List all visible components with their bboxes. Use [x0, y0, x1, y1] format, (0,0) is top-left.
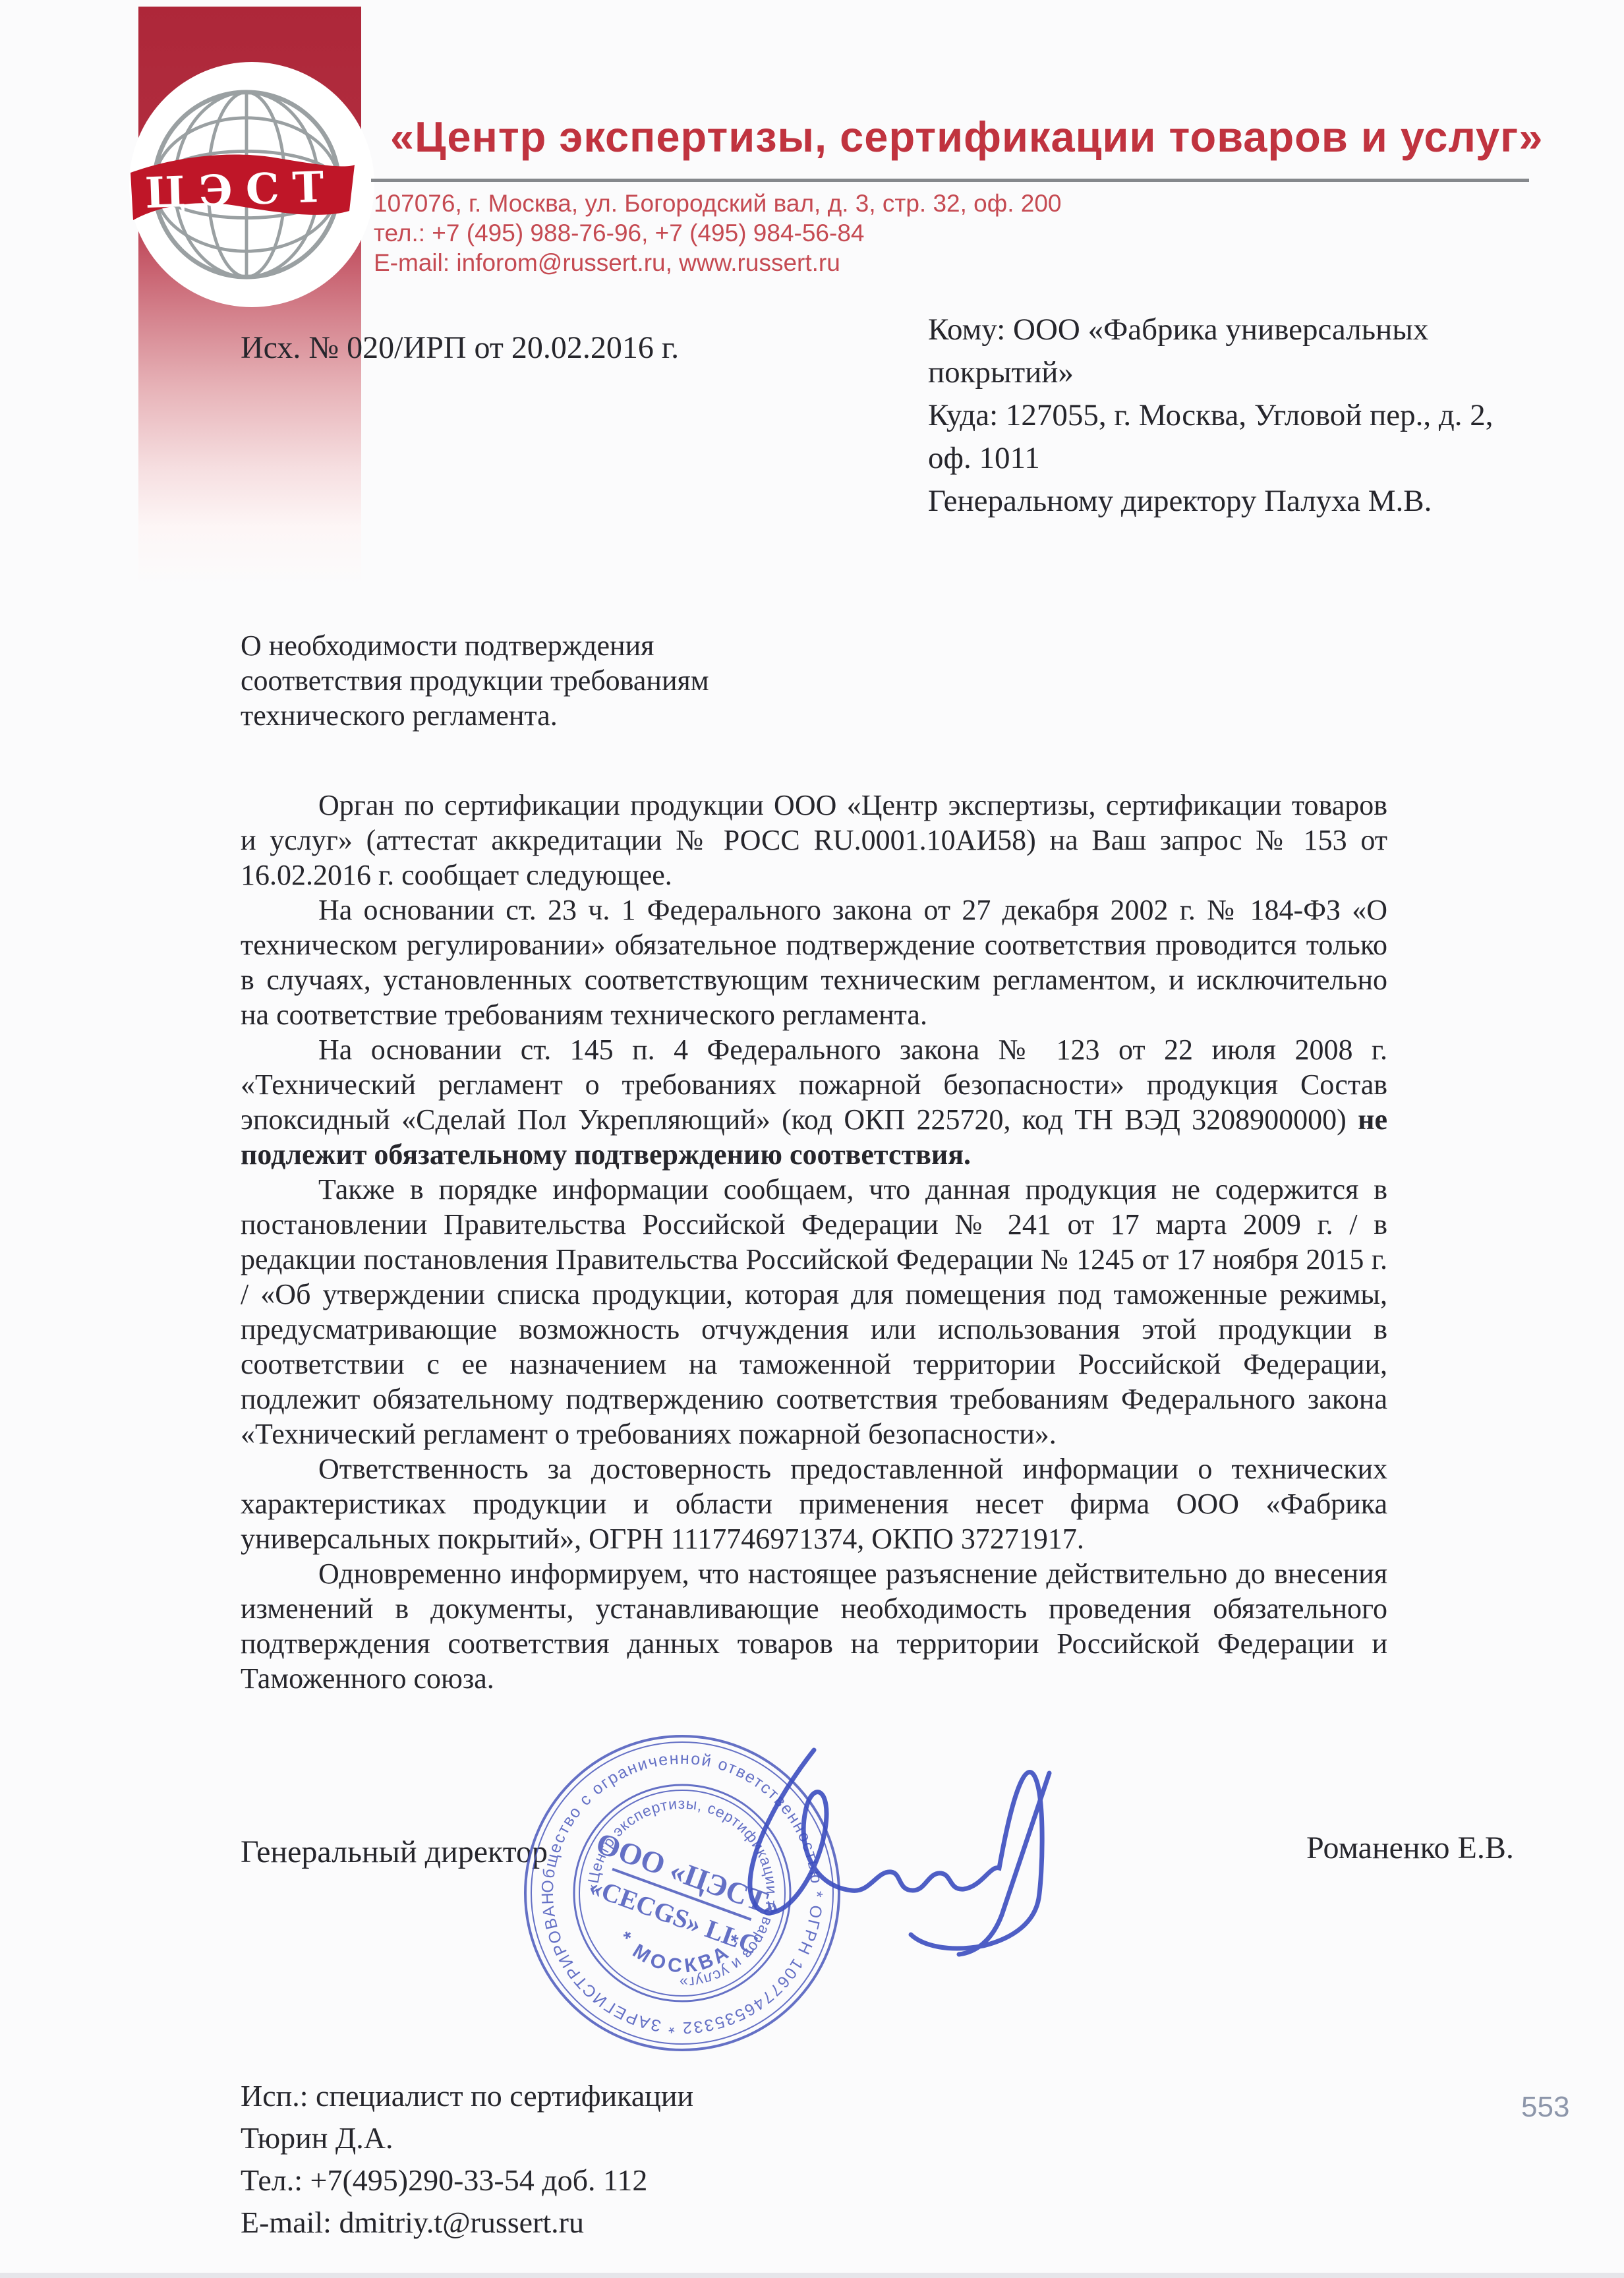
paragraph-4: Также в порядке информации сообщаем, что… [241, 1172, 1387, 1451]
paragraph-6: Одновременно информируем, что настоящее … [241, 1556, 1387, 1696]
recipient-line: Куда: 127055, г. Москва, Угловой пер., д… [928, 394, 1541, 437]
paragraph-3: На основании ст. 145 п. 4 Федерального з… [241, 1032, 1387, 1172]
recipient-block: Кому: ООО «Фабрика универсальных покрыти… [928, 308, 1541, 523]
recipient-line: оф. 1011 [928, 437, 1541, 480]
logo-ribbon: ЦЭСТ [125, 149, 359, 229]
org-address: 107076, г. Москва, ул. Богородский вал, … [374, 190, 1062, 218]
scan-edge [0, 2273, 1624, 2278]
handwritten-signature [593, 1714, 1186, 1991]
outgoing-reference: Исх. № 020/ИРП от 20.02.2016 г. [241, 330, 679, 366]
signer-position: Генеральный директор [241, 1834, 548, 1870]
executor-line: Тюрин Д.А. [241, 2117, 693, 2159]
org-email: E-mail: inforom@russert.ru, www.russert.… [374, 249, 840, 277]
paragraph-2: На основании ст. 23 ч. 1 Федерального за… [241, 892, 1387, 1032]
paragraph-5: Ответственность за достоверность предост… [241, 1451, 1387, 1556]
page-number: 553 [1521, 2091, 1569, 2124]
executor-line: Тел.: +7(495)290-33-54 доб. 112 [241, 2159, 693, 2202]
executor-line: E-mail: dmitriy.t@russert.ru [241, 2202, 693, 2244]
scanned-letter-page: ЦЭСТ «Центр экспертизы, сертификации тов… [0, 0, 1624, 2278]
subject-block: О необходимости подтверждения соответств… [241, 628, 709, 733]
recipient-line: Кому: ООО «Фабрика универсальных [928, 308, 1541, 351]
recipient-line: Генеральному директору Палуха М.В. [928, 480, 1541, 523]
recipient-line: покрытий» [928, 351, 1541, 394]
subject-line: О необходимости подтверждения [241, 628, 709, 663]
subject-line: соответствия продукции требованиям [241, 663, 709, 698]
org-phone: тел.: +7 (495) 988-76-96, +7 (495) 984-5… [374, 219, 864, 247]
executor-line: Исп.: специалист по сертификации [241, 2075, 693, 2117]
paragraph-1: Орган по сертификации продукции ООО «Цен… [241, 788, 1387, 892]
organization-title: «Центр экспертизы, сертификации товаров … [390, 112, 1550, 161]
executor-block: Исп.: специалист по сертификации Тюрин Д… [241, 2075, 693, 2244]
subject-line: технического регламента. [241, 698, 709, 733]
signer-name: Романенко Е.В. [1306, 1830, 1514, 1866]
letter-body: Орган по сертификации продукции ООО «Цен… [241, 788, 1387, 1696]
logo-text: ЦЭСТ [144, 162, 338, 218]
header-divider [371, 179, 1529, 182]
